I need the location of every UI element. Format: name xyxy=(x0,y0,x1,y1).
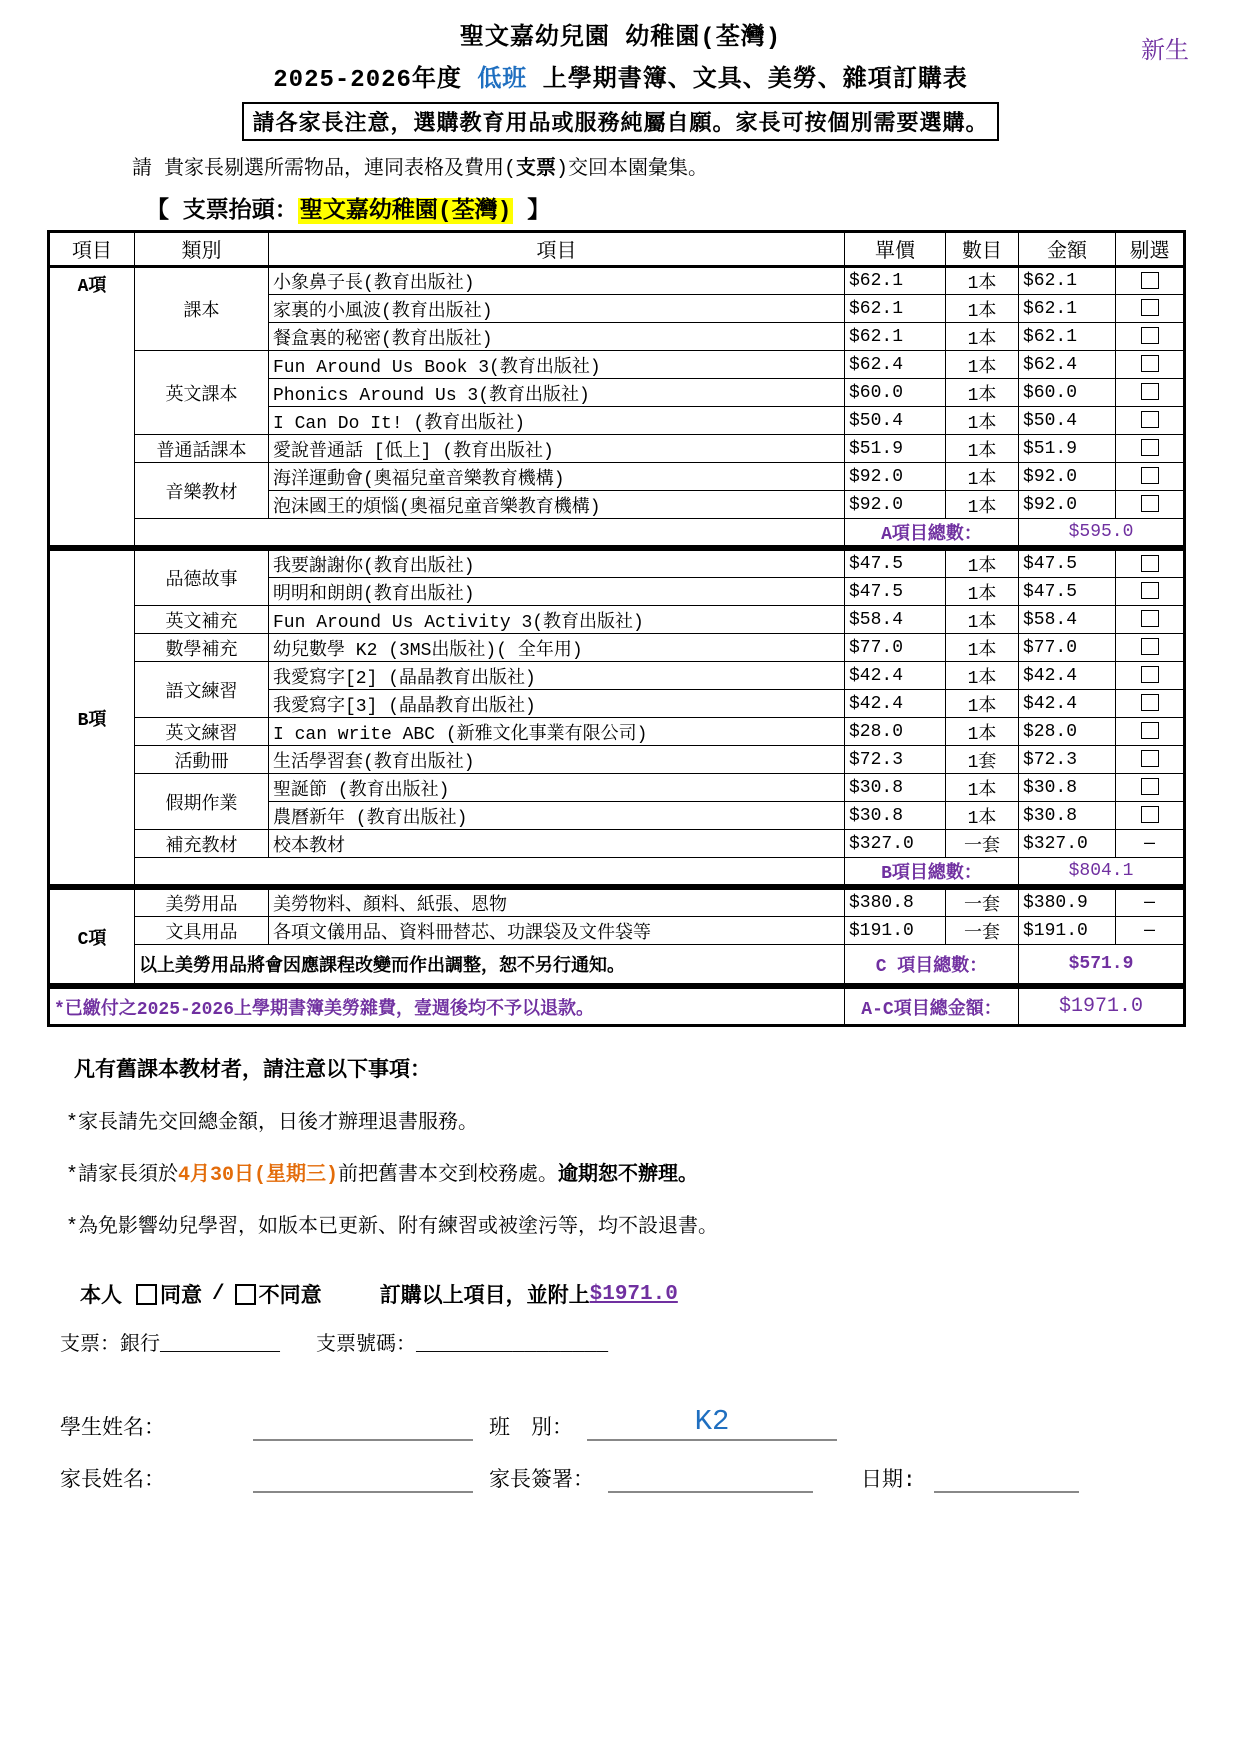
school-title: 聖文嘉幼兒園 幼稚園(荃灣) xyxy=(0,0,1241,52)
unit-price-cell: $28.0 xyxy=(845,718,946,746)
tick-checkbox[interactable] xyxy=(1141,327,1159,344)
tick-checkbox[interactable] xyxy=(1141,467,1159,484)
category-cell: 音樂教材 xyxy=(135,463,269,519)
item-name-cell: 泡沫國王的煩惱(奧福兒童音樂教育機構) xyxy=(269,491,845,519)
tick-checkbox[interactable] xyxy=(1141,582,1159,599)
item-name-cell: 生活學習套(教育出版社) xyxy=(269,746,845,774)
item-name-cell: 校本教材 xyxy=(269,830,845,858)
item-row: C項美勞用品美勞物料、顏料、紙張、恩物$380.8一套$380.9— xyxy=(49,889,1185,917)
item-row: 文具用品各項文儀用品、資料冊替芯、功課袋及文件袋等$191.0一套$191.0— xyxy=(49,917,1185,945)
quantity-cell: 1本 xyxy=(946,463,1019,491)
quantity-cell: 1本 xyxy=(946,267,1019,295)
category-cell: 假期作業 xyxy=(135,774,269,830)
col-header-4: 數目 xyxy=(946,232,1019,267)
subtitle-rest: 上學期書簿、文具、美勞、雜項訂購表 xyxy=(543,67,968,94)
tick-checkbox[interactable] xyxy=(1141,722,1159,739)
unit-price-cell: $62.1 xyxy=(845,295,946,323)
parent-name-label: 家長姓名： xyxy=(60,1463,165,1493)
item-name-cell: 幼兒數學 K2 (3MS出版社)( 全年用) xyxy=(269,634,845,662)
instruction-line: 請 貴家長剔選所需物品，連同表格及費用(支票)交回本園彙集。 xyxy=(132,151,1241,181)
amount-cell: $47.5 xyxy=(1019,578,1116,606)
quantity-cell: 1本 xyxy=(946,407,1019,435)
disagree-label: 不同意 xyxy=(259,1279,322,1309)
amount-cell: $92.0 xyxy=(1019,463,1116,491)
item-name-cell: 我要謝謝你(教育出版社) xyxy=(269,550,845,578)
item-name-cell: 我愛寫字[3] (晶晶教育出版社) xyxy=(269,690,845,718)
amount-cell: $62.1 xyxy=(1019,267,1116,295)
tick-cell xyxy=(1116,634,1185,662)
tick-checkbox[interactable] xyxy=(1141,694,1159,711)
quantity-cell: 1本 xyxy=(946,379,1019,407)
category-cell: 活動冊 xyxy=(135,746,269,774)
tick-cell xyxy=(1116,267,1185,295)
col-header-0: 項目 xyxy=(49,232,135,267)
tick-cell xyxy=(1116,323,1185,351)
agreement-slash: / xyxy=(212,1283,225,1306)
item-row: 英文補充Fun Around Us Activity 3(教育出版社)$58.4… xyxy=(49,606,1185,634)
parent-notice-box: 請各家長注意，選購教育用品或服務純屬自願。家長可按個別需要選購。 xyxy=(242,102,998,141)
item-name-cell: 美勞物料、顏料、紙張、恩物 xyxy=(269,889,845,917)
item-row: 補充教材校本教材$327.0一套$327.0— xyxy=(49,830,1185,858)
agreement-prefix: 本人 xyxy=(80,1279,122,1309)
item-row: 英文課本Fun Around Us Book 3(教育出版社)$62.41本$6… xyxy=(49,351,1185,379)
agreement-line: 本人 同意 / 不同意 訂購以上項目，並附上 $1971.0 xyxy=(80,1279,1241,1309)
form-subtitle: 2025-2026年度 低班 上學期書簿、文具、美勞、雜項訂購表 xyxy=(0,58,1241,94)
unit-price-cell: $62.1 xyxy=(845,323,946,351)
item-name-cell: 家裏的小風波(教育出版社) xyxy=(269,295,845,323)
amount-cell: $30.8 xyxy=(1019,774,1116,802)
order-table: 項目類別項目單價數目金額剔選A項課本小象鼻子長(教育出版社)$62.11本$62… xyxy=(47,230,1186,1027)
section-label: A項 xyxy=(49,267,135,547)
item-row: A項課本小象鼻子長(教育出版社)$62.11本$62.1 xyxy=(49,267,1185,295)
tick-cell xyxy=(1116,802,1185,830)
no-tick-dash: — xyxy=(1116,889,1185,917)
section-total-value: $804.1 xyxy=(1019,858,1185,886)
section-total-row: A項目總數：$595.0 xyxy=(49,519,1185,547)
agree-label: 同意 xyxy=(160,1279,202,1309)
quantity-cell: 1本 xyxy=(946,351,1019,379)
quantity-cell: 1本 xyxy=(946,435,1019,463)
cheque-no-label: 支票號碼： xyxy=(316,1334,416,1357)
instruction-cheque-bold: 支票 xyxy=(516,158,556,181)
quantity-cell: 1套 xyxy=(946,746,1019,774)
note-item-2-mid: 前把舊書本交到校務處。 xyxy=(338,1164,558,1187)
quantity-cell: 1本 xyxy=(946,774,1019,802)
unit-price-cell: $62.1 xyxy=(845,267,946,295)
col-header-5: 金額 xyxy=(1019,232,1116,267)
instruction-prefix: 請 貴家長剔選所需物品，連同表格及費用( xyxy=(132,158,516,181)
item-name-cell: 愛說普通話 [低上] (教育出版社) xyxy=(269,435,845,463)
category-cell: 數學補充 xyxy=(135,634,269,662)
tick-cell xyxy=(1116,379,1185,407)
section-label: B項 xyxy=(49,550,135,886)
section-total-label: B項目總數： xyxy=(845,858,1019,886)
tick-cell xyxy=(1116,606,1185,634)
quantity-cell: 一套 xyxy=(946,917,1019,945)
tick-cell xyxy=(1116,774,1185,802)
disagree-checkbox[interactable] xyxy=(235,1284,256,1305)
unit-price-cell: $62.4 xyxy=(845,351,946,379)
subtitle-year: 2025-2026年度 xyxy=(273,67,462,94)
order-form-page: 聖文嘉幼兒園 幼稚園(荃灣) 新生 2025-2026年度 低班 上學期書簿、文… xyxy=(0,0,1241,1754)
parent-sign-field[interactable] xyxy=(608,1465,813,1493)
amount-cell: $191.0 xyxy=(1019,917,1116,945)
unit-price-cell: $42.4 xyxy=(845,690,946,718)
no-refund-notice: *已繳付之2025-2026上學期書簿美勞雜費，壹週後均不予以退款。 xyxy=(49,988,845,1026)
item-name-cell: Phonics Around Us 3(教育出版社) xyxy=(269,379,845,407)
cheque-payable-prefix: 【 支票抬頭： xyxy=(146,198,298,224)
item-name-cell: 農曆新年 (教育出版社) xyxy=(269,802,845,830)
cheque-payable-line: 【 支票抬頭：聖文嘉幼稚園(荃灣) 】 xyxy=(146,191,1241,224)
unit-price-cell: $50.4 xyxy=(845,407,946,435)
quantity-cell: 1本 xyxy=(946,323,1019,351)
parent-sign-label: 家長簽署： xyxy=(489,1463,594,1493)
col-header-2: 項目 xyxy=(269,232,845,267)
item-row: 數學補充幼兒數學 K2 (3MS出版社)( 全年用)$77.01本$77.0 xyxy=(49,634,1185,662)
grand-total-row: *已繳付之2025-2026上學期書簿美勞雜費，壹週後均不予以退款。A-C項目總… xyxy=(49,988,1185,1026)
grand-total-label: A-C項目總金額： xyxy=(845,988,1019,1026)
cheque-no-blank[interactable]: ________________ xyxy=(416,1334,608,1357)
tick-cell xyxy=(1116,662,1185,690)
item-name-cell: 我愛寫字[2] (晶晶教育出版社) xyxy=(269,662,845,690)
col-header-1: 類別 xyxy=(135,232,269,267)
amount-cell: $60.0 xyxy=(1019,379,1116,407)
tick-checkbox[interactable] xyxy=(1141,806,1159,823)
parent-row: 家長姓名： 家長簽署： 日期: xyxy=(60,1463,1241,1493)
student-name-field[interactable] xyxy=(253,1413,473,1441)
note-item-2-bold: 逾期恕不辦理。 xyxy=(558,1164,698,1187)
tick-cell xyxy=(1116,295,1185,323)
tick-checkbox[interactable] xyxy=(1141,555,1159,572)
quantity-cell: 1本 xyxy=(946,550,1019,578)
category-cell: 英文補充 xyxy=(135,606,269,634)
tick-cell xyxy=(1116,550,1185,578)
item-name-cell: 聖誕節 (教育出版社) xyxy=(269,774,845,802)
tick-checkbox[interactable] xyxy=(1141,610,1159,627)
item-name-cell: Fun Around Us Book 3(教育出版社) xyxy=(269,351,845,379)
tick-checkbox[interactable] xyxy=(1141,299,1159,316)
unit-price-cell: $191.0 xyxy=(845,917,946,945)
tick-checkbox[interactable] xyxy=(1141,272,1159,289)
quantity-cell: 一套 xyxy=(946,830,1019,858)
student-name-label: 學生姓名： xyxy=(60,1411,165,1441)
unit-price-cell: $327.0 xyxy=(845,830,946,858)
item-row: 音樂教材海洋運動會(奧福兒童音樂教育機構)$92.01本$92.0 xyxy=(49,463,1185,491)
date-field[interactable] xyxy=(934,1465,1079,1493)
instruction-suffix: )交回本園彙集。 xyxy=(556,158,708,181)
item-name-cell: I can write ABC (新雅文化事業有限公司) xyxy=(269,718,845,746)
amount-cell: $42.4 xyxy=(1019,690,1116,718)
item-row: B項品德故事我要謝謝你(教育出版社)$47.51本$47.5 xyxy=(49,550,1185,578)
unit-price-cell: $58.4 xyxy=(845,606,946,634)
no-tick-dash: — xyxy=(1116,830,1185,858)
category-cell: 補充教材 xyxy=(135,830,269,858)
unit-price-cell: $92.0 xyxy=(845,491,946,519)
item-row: 英文練習I can write ABC (新雅文化事業有限公司)$28.01本$… xyxy=(49,718,1185,746)
tick-cell xyxy=(1116,718,1185,746)
tick-checkbox[interactable] xyxy=(1141,666,1159,683)
amount-cell: $327.0 xyxy=(1019,830,1116,858)
item-name-cell: 各項文儀用品、資料冊替芯、功課袋及文件袋等 xyxy=(269,917,845,945)
unit-price-cell: $30.8 xyxy=(845,774,946,802)
item-name-cell: 明明和朗朗(教育出版社) xyxy=(269,578,845,606)
section-total-value: $571.9 xyxy=(1019,945,1185,985)
category-cell: 文具用品 xyxy=(135,917,269,945)
section-label: C項 xyxy=(49,889,135,985)
tick-cell xyxy=(1116,690,1185,718)
cheque-bank-blank[interactable]: __________ xyxy=(160,1334,280,1357)
cheque-details-line: 支票：銀行__________ 支票號碼：________________ xyxy=(60,1327,1241,1357)
item-name-cell: 餐盒裏的秘密(教育出版社) xyxy=(269,323,845,351)
section-adjust-note: 以上美勞用品將會因應課程改變而作出調整，恕不另行通知。 xyxy=(135,945,845,985)
note-item-2: *請家長須於4月30日(星期三)前把舊書本交到校務處。逾期恕不辦理。 xyxy=(66,1157,1241,1187)
tick-checkbox[interactable] xyxy=(1141,750,1159,767)
tick-checkbox[interactable] xyxy=(1141,411,1159,428)
item-name-cell: I Can Do It! (教育出版社) xyxy=(269,407,845,435)
amount-cell: $28.0 xyxy=(1019,718,1116,746)
class-label: 班 別： xyxy=(489,1411,573,1441)
tick-checkbox[interactable] xyxy=(1141,638,1159,655)
category-cell: 語文練習 xyxy=(135,662,269,718)
cheque-bank-label: 支票：銀行 xyxy=(60,1334,160,1357)
amount-cell: $380.9 xyxy=(1019,889,1116,917)
item-name-cell: 小象鼻子長(教育出版社) xyxy=(269,267,845,295)
tick-checkbox[interactable] xyxy=(1141,495,1159,512)
note-item-3: *為免影響幼兒學習，如版本已更新、附有練習或被塗污等，均不設退書。 xyxy=(66,1209,1241,1239)
category-cell: 普通話課本 xyxy=(135,435,269,463)
tick-cell xyxy=(1116,435,1185,463)
amount-cell: $51.9 xyxy=(1019,435,1116,463)
quantity-cell: 1本 xyxy=(946,491,1019,519)
item-row: 語文練習我愛寫字[2] (晶晶教育出版社)$42.41本$42.4 xyxy=(49,662,1185,690)
amount-cell: $72.3 xyxy=(1019,746,1116,774)
quantity-cell: 1本 xyxy=(946,295,1019,323)
unit-price-cell: $77.0 xyxy=(845,634,946,662)
amount-cell: $50.4 xyxy=(1019,407,1116,435)
amount-cell: $62.1 xyxy=(1019,323,1116,351)
amount-cell: $47.5 xyxy=(1019,550,1116,578)
agreement-suffix: 訂購以上項目，並附上 xyxy=(380,1279,590,1309)
quantity-cell: 1本 xyxy=(946,634,1019,662)
tick-cell xyxy=(1116,578,1185,606)
quantity-cell: 1本 xyxy=(946,690,1019,718)
unit-price-cell: $92.0 xyxy=(845,463,946,491)
item-row: 普通話課本愛說普通話 [低上] (教育出版社)$51.91本$51.9 xyxy=(49,435,1185,463)
tick-cell xyxy=(1116,491,1185,519)
cheque-payable-suffix: 】 xyxy=(513,198,550,224)
item-name-cell: Fun Around Us Activity 3(教育出版社) xyxy=(269,606,845,634)
unit-price-cell: $47.5 xyxy=(845,550,946,578)
parent-name-field[interactable] xyxy=(253,1465,473,1493)
amount-due: $1971.0 xyxy=(590,1283,678,1306)
new-student-tag: 新生 xyxy=(1141,30,1189,66)
total-row-spacer xyxy=(135,858,845,886)
item-row: 活動冊生活學習套(教育出版社)$72.31套$72.3 xyxy=(49,746,1185,774)
unit-price-cell: $30.8 xyxy=(845,802,946,830)
item-name-cell: 海洋運動會(奧福兒童音樂教育機構) xyxy=(269,463,845,491)
note-item-1: *家長請先交回總金額，日後才辦理退書服務。 xyxy=(66,1105,1241,1135)
amount-cell: $62.1 xyxy=(1019,295,1116,323)
section-total-row: B項目總數：$804.1 xyxy=(49,858,1185,886)
agree-checkbox[interactable] xyxy=(136,1284,157,1305)
class-level-badge: 低班 xyxy=(477,67,527,94)
amount-cell: $77.0 xyxy=(1019,634,1116,662)
quantity-cell: 1本 xyxy=(946,606,1019,634)
no-tick-dash: — xyxy=(1116,917,1185,945)
tick-cell xyxy=(1116,407,1185,435)
tick-checkbox[interactable] xyxy=(1141,439,1159,456)
col-header-6: 剔選 xyxy=(1116,232,1185,267)
unit-price-cell: $47.5 xyxy=(845,578,946,606)
section-total-label: C 項目總數： xyxy=(845,945,1019,985)
student-row: 學生姓名： 班 別： K2 xyxy=(60,1405,1241,1441)
notes-heading: 凡有舊課本教材者，請注意以下事項： xyxy=(74,1053,1241,1083)
class-field[interactable]: K2 xyxy=(587,1405,837,1441)
col-header-3: 單價 xyxy=(845,232,946,267)
cheque-payee-highlight: 聖文嘉幼稚園(荃灣) xyxy=(298,198,514,224)
unit-price-cell: $42.4 xyxy=(845,662,946,690)
quantity-cell: 1本 xyxy=(946,662,1019,690)
amount-cell: $92.0 xyxy=(1019,491,1116,519)
total-row-spacer xyxy=(135,519,845,547)
amount-cell: $30.8 xyxy=(1019,802,1116,830)
unit-price-cell: $72.3 xyxy=(845,746,946,774)
category-cell: 美勞用品 xyxy=(135,889,269,917)
tick-checkbox[interactable] xyxy=(1141,383,1159,400)
tick-cell xyxy=(1116,746,1185,774)
tick-checkbox[interactable] xyxy=(1141,355,1159,372)
deadline-date: 4月30日(星期三) xyxy=(178,1164,338,1187)
category-cell: 課本 xyxy=(135,267,269,351)
section-note-total-row: 以上美勞用品將會因應課程改變而作出調整，恕不另行通知。C 項目總數：$571.9 xyxy=(49,945,1185,985)
table-header-row: 項目類別項目單價數目金額剔選 xyxy=(49,232,1185,267)
category-cell: 品德故事 xyxy=(135,550,269,606)
unit-price-cell: $51.9 xyxy=(845,435,946,463)
amount-cell: $58.4 xyxy=(1019,606,1116,634)
note-item-2-prefix: *請家長須於 xyxy=(66,1164,178,1187)
date-label: 日期: xyxy=(861,1463,916,1493)
amount-cell: $62.4 xyxy=(1019,351,1116,379)
item-row: 假期作業聖誕節 (教育出版社)$30.81本$30.8 xyxy=(49,774,1185,802)
quantity-cell: 1本 xyxy=(946,578,1019,606)
quantity-cell: 1本 xyxy=(946,718,1019,746)
tick-cell xyxy=(1116,351,1185,379)
tick-cell xyxy=(1116,463,1185,491)
category-cell: 英文課本 xyxy=(135,351,269,435)
quantity-cell: 一套 xyxy=(946,889,1019,917)
section-total-label: A項目總數： xyxy=(845,519,1019,547)
grand-total-value: $1971.0 xyxy=(1019,988,1185,1026)
section-total-value: $595.0 xyxy=(1019,519,1185,547)
amount-cell: $42.4 xyxy=(1019,662,1116,690)
tick-checkbox[interactable] xyxy=(1141,778,1159,795)
category-cell: 英文練習 xyxy=(135,718,269,746)
unit-price-cell: $60.0 xyxy=(845,379,946,407)
unit-price-cell: $380.8 xyxy=(845,889,946,917)
quantity-cell: 1本 xyxy=(946,802,1019,830)
